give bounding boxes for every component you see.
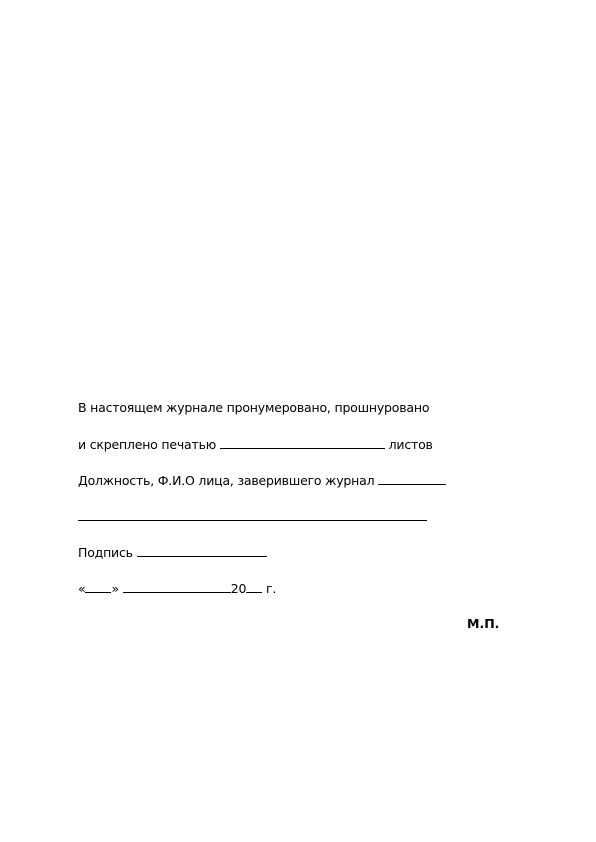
month-field[interactable] bbox=[123, 580, 231, 593]
certifier-line-continued bbox=[78, 508, 427, 525]
signature-field[interactable] bbox=[137, 544, 267, 557]
close-quote: » bbox=[111, 581, 118, 596]
certifier-field[interactable] bbox=[378, 472, 446, 485]
sheets-label: листов bbox=[389, 437, 433, 452]
certifier-label: Должность, Ф.И.О лица, заверившего журна… bbox=[78, 473, 374, 488]
signature-label: Подпись bbox=[78, 545, 133, 560]
certifier-line: Должность, Ф.И.О лица, заверившего журна… bbox=[78, 472, 446, 489]
stamp-place-label: М.П. bbox=[467, 616, 499, 631]
certification-line-1: В настоящем журнале пронумеровано, прошн… bbox=[78, 400, 429, 416]
certifier-field-continued[interactable] bbox=[78, 508, 427, 521]
day-field[interactable] bbox=[85, 580, 111, 593]
sheet-count-field[interactable] bbox=[220, 436, 385, 449]
year-field[interactable] bbox=[246, 580, 262, 593]
certification-line-2: и скреплено печатью листов bbox=[78, 436, 433, 453]
date-line: «» 20 г. bbox=[78, 580, 276, 597]
signature-line: Подпись bbox=[78, 544, 267, 561]
year-prefix: 20 bbox=[231, 581, 247, 596]
open-quote: « bbox=[78, 581, 85, 596]
year-suffix: г. bbox=[266, 581, 276, 596]
certification-text: В настоящем журнале пронумеровано, прошн… bbox=[78, 400, 429, 415]
sealed-text: и скреплено печатью bbox=[78, 437, 216, 452]
